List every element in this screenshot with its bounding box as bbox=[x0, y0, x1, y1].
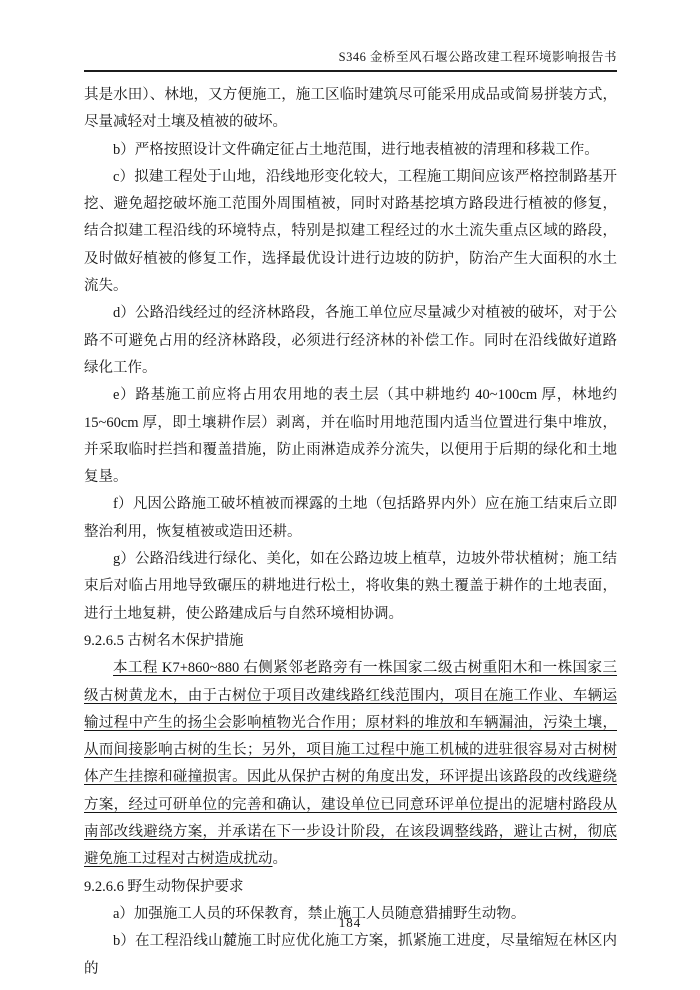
page-header: S346 金桥至风石堰公路改建工程环境影响报告书 bbox=[84, 47, 617, 72]
underlined-text: 本工程 K7+860~880 右侧紧邻老路旁有一株国家二级古树重阳木和一株国家三… bbox=[84, 660, 617, 867]
paragraph-item-b: b）严格按照设计文件确定征占土地范围，进行地表植被的清理和移栽工作。 bbox=[84, 137, 617, 164]
paragraph-ancient-trees: 本工程 K7+860~880 右侧紧邻老路旁有一株国家二级古树重阳木和一株国家三… bbox=[84, 655, 617, 873]
paragraph-tail: 。 bbox=[273, 851, 288, 867]
header-title: S346 金桥至风石堰公路改建工程环境影响报告书 bbox=[339, 50, 617, 64]
paragraph-continuation: 其是水田）、林地，又方便施工，施工区临时建筑尽可能采用成品或简易拼装方式，尽量减… bbox=[84, 82, 617, 137]
section-heading-9265: 9.2.6.5 古树名木保护措施 bbox=[84, 628, 617, 655]
paragraph-item-g: g）公路沿线进行绿化、美化，如在公路边坡上植草，边坡外带状植树；施工结束后对临占… bbox=[84, 546, 617, 628]
page-footer: 184 bbox=[0, 915, 700, 931]
paragraph-item-e: e）路基施工前应将占用农用地的表土层（其中耕地约 40~100cm 厚，林地约 … bbox=[84, 382, 617, 491]
paragraph-item-b2: b）在工程沿线山麓施工时应优化施工方案，抓紧施工进度，尽量缩短在林区内的 bbox=[84, 928, 617, 983]
document-page: S346 金桥至风石堰公路改建工程环境影响报告书 其是水田）、林地，又方便施工，… bbox=[0, 0, 700, 990]
section-heading-9266: 9.2.6.6 野生动物保护要求 bbox=[84, 874, 617, 901]
paragraph-item-d: d）公路沿线经过的经济林路段，各施工单位应尽量减少对植被的破坏，对于公路不可避免… bbox=[84, 300, 617, 382]
paragraph-item-c: c）拟建工程处于山地，沿线地形变化较大，工程施工期间应该严格控制路基开挖、避免超… bbox=[84, 164, 617, 300]
paragraph-item-f: f）凡因公路施工破坏植被而裸露的土地（包括路界内外）应在施工结束后立即整治利用，… bbox=[84, 491, 617, 546]
page-number: 184 bbox=[339, 915, 362, 930]
document-body: 其是水田）、林地，又方便施工，施工区临时建筑尽可能采用成品或简易拼装方式，尽量减… bbox=[84, 82, 617, 983]
